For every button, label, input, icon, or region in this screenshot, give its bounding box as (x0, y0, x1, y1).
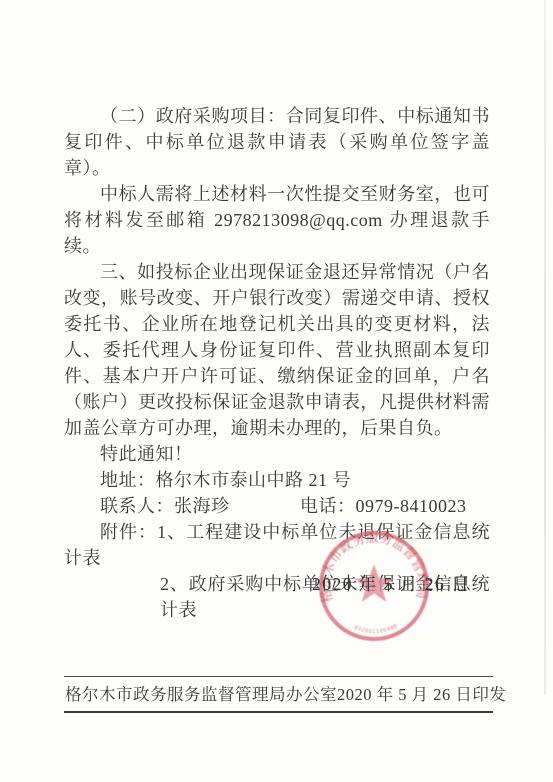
attachments-label: 附件： (100, 522, 157, 542)
paragraph-gov-procurement: （二）政府采购项目：合同复印件、中标通知书复印件、中标单位退款申请表（采购单位签… (64, 103, 490, 181)
footer-print-date: 2020 年 5 月 26 日印发 (337, 681, 506, 705)
address-line: 地址：格尔木市泰山中路 21 号 (64, 467, 490, 493)
scanned-notice-page: （二）政府采购项目：合同复印件、中标通知书复印件、中标单位退款申请表（采购单位签… (0, 0, 553, 782)
footer-imprint: 格尔木市政务服务监督管理局办公室 2020 年 5 月 26 日印发 (64, 676, 493, 713)
issue-date: 2020 年 5 月 26 日 (312, 571, 470, 596)
paragraph-abnormal-refund: 三、如投标企业出现保证金退还异常情况（户名改变，账号改变、开户银行改变）需递交申… (64, 259, 490, 441)
closing-line: 特此通知！ (64, 441, 490, 467)
footer-office: 格尔木市政务服务监督管理局办公室 (65, 681, 337, 705)
contact-person: 联系人：张海珍 (100, 496, 230, 516)
paragraph-submission: 中标人需将上述材料一次性提交至财务室，也可将材料发至邮箱 2978213098@… (64, 181, 490, 259)
scan-edge-artifact (544, 0, 546, 695)
